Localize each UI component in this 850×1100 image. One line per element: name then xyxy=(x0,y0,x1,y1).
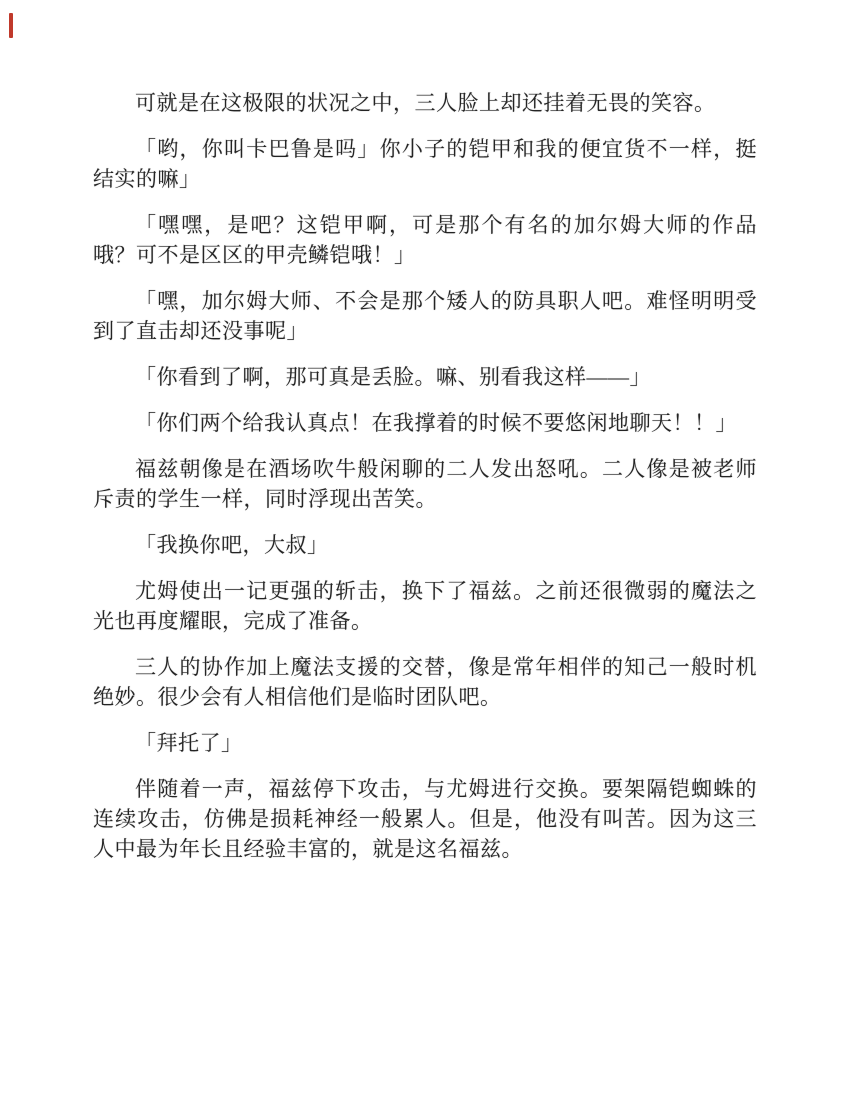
novel-paragraph: 可就是在这极限的状况之中，三人脸上却还挂着无畏的笑容。 xyxy=(93,88,757,118)
novel-paragraph-dialogue: 「嘿嘿，是吧？这铠甲啊，可是那个有名的加尔姆大师的作品哦？可不是区区的甲壳鳞铠哦… xyxy=(93,210,757,270)
novel-paragraph-dialogue: 「拜托了」 xyxy=(93,728,757,758)
novel-paragraph: 尤姆使出一记更强的斩击，换下了福兹。之前还很微弱的魔法之光也再度耀眼，完成了准备… xyxy=(93,576,757,636)
novel-paragraph-dialogue: 「嘿，加尔姆大师、不会是那个矮人的防具职人吧。难怪明明受到了直击却还没事呢」 xyxy=(93,286,757,346)
novel-paragraph-dialogue: 「你看到了啊，那可真是丢脸。嘛、别看我这样——」 xyxy=(93,362,757,392)
novel-paragraph-dialogue: 「哟，你叫卡巴鲁是吗」你小子的铠甲和我的便宜货不一样，挺结实的嘛」 xyxy=(93,134,757,194)
novel-paragraph: 伴随着一声，福兹停下攻击，与尤姆进行交换。要架隔铠蜘蛛的连续攻击，仿佛是损耗神经… xyxy=(93,774,757,864)
novel-paragraph-dialogue: 「你们两个给我认真点！在我撑着的时候不要悠闲地聊天！！」 xyxy=(93,408,757,438)
red-mark xyxy=(9,13,13,38)
novel-page: 可就是在这极限的状况之中，三人脸上却还挂着无畏的笑容。 「哟，你叫卡巴鲁是吗」你… xyxy=(0,0,850,1100)
novel-paragraph-dialogue: 「我换你吧，大叔」 xyxy=(93,530,757,560)
novel-text-content: 可就是在这极限的状况之中，三人脸上却还挂着无畏的笑容。 「哟，你叫卡巴鲁是吗」你… xyxy=(93,88,757,864)
novel-paragraph: 福兹朝像是在酒场吹牛般闲聊的二人发出怒吼。二人像是被老师斥责的学生一样，同时浮现… xyxy=(93,454,757,514)
novel-paragraph: 三人的协作加上魔法支援的交替，像是常年相伴的知己一般时机绝妙。很少会有人相信他们… xyxy=(93,652,757,712)
